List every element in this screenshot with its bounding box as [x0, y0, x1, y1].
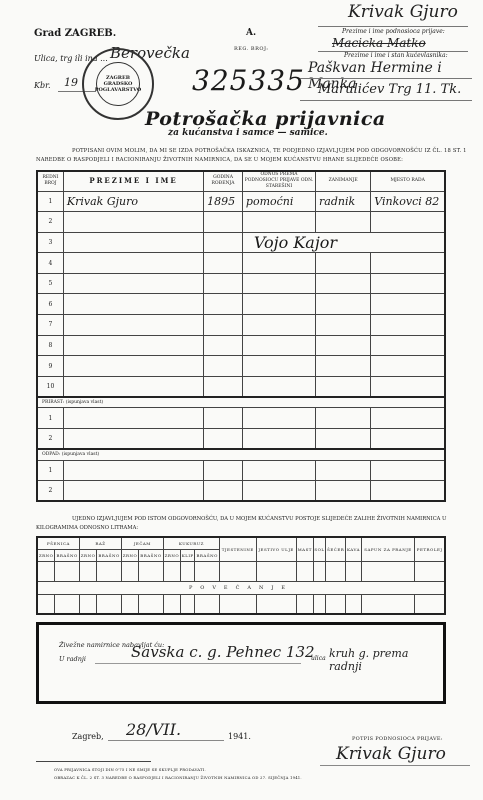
relation[interactable]	[242, 273, 315, 294]
col-tjestenine: TJESTENINE	[220, 537, 257, 561]
city-label: Grad ZAGREB.	[34, 28, 116, 39]
person-name[interactable]	[63, 356, 203, 377]
col-jestivo-ulje: JESTIVO ULJE	[256, 537, 296, 561]
povecanje-row: POVEĆANJE	[37, 581, 445, 594]
table-row: 6	[37, 294, 445, 315]
birth-year[interactable]	[204, 294, 243, 315]
workplace[interactable]	[371, 429, 445, 450]
row-number: 6	[37, 294, 63, 315]
person-name[interactable]	[63, 232, 203, 253]
row-number: 1	[37, 460, 63, 481]
signature-underline	[320, 765, 470, 766]
stock-cell[interactable]	[97, 561, 122, 581]
col-sol: SOL	[313, 537, 325, 561]
stock-cell[interactable]	[326, 594, 346, 614]
table-row: 7	[37, 315, 445, 336]
birth-year[interactable]	[204, 481, 243, 502]
stock-cell[interactable]	[346, 594, 362, 614]
row-number: 8	[37, 335, 63, 356]
supply-box: Živežne namirnice nabavljat ću: U radnji…	[36, 622, 446, 704]
landlord-label: Prezime i ime i stan kućevlasnika:	[344, 52, 448, 59]
workplace[interactable]	[371, 294, 445, 315]
occupation[interactable]	[316, 356, 371, 377]
birth-year[interactable]	[204, 356, 243, 377]
persons-table: REDNI BROJ PREZIME I IME GODINA ROĐENJA …	[36, 170, 446, 502]
stock-cell[interactable]	[195, 561, 220, 581]
stock-cell[interactable]	[220, 561, 257, 581]
birth-year[interactable]	[204, 232, 243, 253]
stock-cell[interactable]	[313, 561, 325, 581]
row-number: 2	[37, 481, 63, 502]
table-row: 10	[37, 376, 445, 397]
sub-zrno: ZRNO	[121, 549, 138, 561]
person-name[interactable]	[63, 273, 203, 294]
group-jecam: JEČAM	[121, 537, 163, 549]
sub-brasno: BRAŠNO	[139, 549, 164, 561]
col-sapun: SAPUN ZA PRANJE	[361, 537, 415, 561]
shop-street-label: ulica	[311, 655, 326, 662]
workplace[interactable]	[371, 460, 445, 481]
workplace[interactable]	[371, 408, 445, 429]
house-number-value: 19	[64, 76, 78, 89]
stock-cell[interactable]	[415, 594, 445, 614]
stock-cell[interactable]	[97, 594, 122, 614]
col-kava: KAVA	[346, 537, 362, 561]
sub-brasno: BRAŠNO	[97, 549, 122, 561]
shop-underline	[95, 663, 301, 664]
povecanje-label: POVEĆANJE	[37, 581, 445, 594]
table-row: 5	[37, 273, 445, 294]
stock-cell[interactable]	[256, 561, 296, 581]
stock-cell[interactable]	[326, 561, 346, 581]
reg-broj-label: REG. BROJ:	[234, 46, 268, 52]
shop-value[interactable]: Savska c. g. Pehnec 132	[131, 643, 315, 661]
occupation[interactable]	[316, 315, 371, 336]
relation[interactable]	[242, 315, 315, 336]
header-odnos: ODNOS PREMA PODNOSIOCU PRIJAVE ODN. STAR…	[242, 171, 315, 191]
row-number: 9	[37, 356, 63, 377]
landlord-underline-1	[300, 78, 472, 79]
stock-cell[interactable]	[139, 561, 164, 581]
shop-label: U radnji	[59, 655, 86, 663]
person-name[interactable]	[63, 294, 203, 315]
stock-table: PŠENICA RAŽ JEČAM KUKURUZ TJESTENINE JES…	[36, 536, 446, 615]
birth-year[interactable]	[204, 273, 243, 294]
occupation[interactable]: radnik	[316, 191, 371, 212]
relation[interactable]	[242, 253, 315, 274]
row-number: 1	[37, 408, 63, 429]
relation[interactable]	[242, 335, 315, 356]
birth-year[interactable]	[204, 460, 243, 481]
birth-year[interactable]	[204, 376, 243, 397]
sub-zrno: ZRNO	[163, 549, 180, 561]
stock-cell[interactable]	[121, 594, 138, 614]
occupation[interactable]	[316, 376, 371, 397]
header-prezime-ime: PREZIME I IME	[63, 171, 203, 191]
row-number: 2	[37, 429, 63, 450]
stock-cell[interactable]	[296, 594, 313, 614]
person-name[interactable]	[63, 408, 203, 429]
stock-cell[interactable]	[220, 594, 257, 614]
workplace[interactable]	[371, 335, 445, 356]
relation[interactable]	[242, 408, 315, 429]
prirast-section: PRIRAST: (ispunjava vlast)	[37, 397, 445, 408]
footnote-rule	[36, 761, 151, 762]
applicant-name-handwritten: Krivak Gjuro	[348, 2, 458, 22]
registration-number: 325335	[192, 64, 305, 97]
stock-cell[interactable]	[415, 561, 445, 581]
stamp-inner: ZAGREB GRADSKO POGLAVARSTVO	[96, 62, 140, 106]
group-kukuruz: KUKURUZ	[163, 537, 219, 549]
relation[interactable]	[242, 376, 315, 397]
sub-zrno: ZRNO	[79, 549, 96, 561]
prirast-label: PRIRAST: (ispunjava vlast)	[37, 397, 445, 408]
stock-cell[interactable]	[55, 561, 80, 581]
stock-cell[interactable]	[181, 594, 195, 614]
date-underline	[108, 740, 224, 741]
struck-name: Macicka Matko	[332, 36, 426, 50]
footnote-price: OVA PRIJAVNICA STOJI DIN 0'75 I NE SMIJE…	[54, 767, 206, 772]
workplace[interactable]: Vinkovci 82	[371, 191, 445, 212]
form-subtitle: za kućanstva i samce — samice.	[168, 128, 328, 138]
occupation[interactable]	[316, 408, 371, 429]
relation[interactable]	[242, 460, 315, 481]
relation[interactable]	[242, 356, 315, 377]
table-row: 2	[37, 212, 445, 233]
person-name[interactable]	[63, 315, 203, 336]
birth-year[interactable]: 1895	[204, 191, 243, 212]
stock-cell[interactable]	[79, 594, 96, 614]
birth-year[interactable]	[204, 253, 243, 274]
sub-zrno: ZRNO	[37, 549, 55, 561]
person-name[interactable]	[63, 335, 203, 356]
group-raz: RAŽ	[79, 537, 121, 549]
footnote-regulation: OBRAZAC K ČL. 2 ST. 3 NAREDBE O RASPODJE…	[54, 775, 302, 780]
form-title: Potrošačka prijavnica	[145, 108, 386, 130]
occupation[interactable]	[316, 335, 371, 356]
row-number: 3	[37, 232, 63, 253]
official-signature: Vojo Kajor	[242, 232, 445, 253]
workplace[interactable]	[371, 315, 445, 336]
year-label: 1941.	[228, 732, 251, 741]
table-row: 2	[37, 429, 445, 450]
header-mjesto-rada: MJESTO RADA	[371, 171, 445, 191]
stock-cell[interactable]	[55, 594, 80, 614]
odpad-label: ODPAD: (ispunjava vlast)	[37, 449, 445, 460]
official-stamp: ZAGREB GRADSKO POGLAVARSTVO	[82, 48, 154, 120]
row-number: 4	[37, 253, 63, 274]
signature-label: POTPIS PODNOSIOCA PRIJAVE:	[352, 736, 443, 742]
row-number: 1	[37, 191, 63, 212]
workplace[interactable]	[371, 253, 445, 274]
workplace[interactable]	[371, 212, 445, 233]
person-name[interactable]	[63, 253, 203, 274]
form-letter: A.	[246, 28, 256, 38]
birth-year[interactable]	[204, 429, 243, 450]
person-name[interactable]	[63, 376, 203, 397]
stock-cell[interactable]	[256, 594, 296, 614]
table-row: 1	[37, 408, 445, 429]
birth-year[interactable]	[204, 335, 243, 356]
persons-header-row: REDNI BROJ PREZIME I IME GODINA ROĐENJA …	[37, 171, 445, 191]
relation[interactable]	[242, 212, 315, 233]
header-redni-broj: REDNI BROJ	[37, 171, 63, 191]
odpad-section: ODPAD: (ispunjava vlast)	[37, 449, 445, 460]
row-number: 10	[37, 376, 63, 397]
occupation[interactable]	[316, 294, 371, 315]
stock-cell[interactable]	[139, 594, 164, 614]
table-row: 9	[37, 356, 445, 377]
person-name[interactable]	[63, 429, 203, 450]
occupation[interactable]	[316, 481, 371, 502]
person-name[interactable]	[63, 460, 203, 481]
stock-cell[interactable]	[346, 561, 362, 581]
table-row: 4	[37, 253, 445, 274]
stock-increase-row	[37, 594, 445, 614]
stock-values-row	[37, 561, 445, 581]
table-row: 3Vojo Kajor	[37, 232, 445, 253]
occupation[interactable]	[316, 460, 371, 481]
workplace[interactable]	[371, 356, 445, 377]
workplace[interactable]	[371, 481, 445, 502]
table-row: 1 Krivak Gjuro 1895 pomoćni radnik Vinko…	[37, 191, 445, 212]
stock-cell[interactable]	[181, 561, 195, 581]
occupation[interactable]	[316, 429, 371, 450]
col-secer: ŠEĆER	[326, 537, 346, 561]
relation[interactable]	[242, 294, 315, 315]
stock-group-row: PŠENICA RAŽ JEČAM KUKURUZ TJESTENINE JES…	[37, 537, 445, 549]
stock-cell[interactable]	[361, 561, 415, 581]
relation[interactable]: pomoćni	[242, 191, 315, 212]
occupation[interactable]	[316, 212, 371, 233]
col-petrolej: PETROLEJ	[415, 537, 445, 561]
sub-klip: KLIP	[181, 549, 195, 561]
date-value[interactable]: 28/VII.	[126, 720, 181, 739]
relation[interactable]	[242, 429, 315, 450]
person-name[interactable]	[63, 481, 203, 502]
workplace[interactable]	[371, 273, 445, 294]
row-number: 7	[37, 315, 63, 336]
stock-cell[interactable]	[361, 594, 415, 614]
stock-intro-paragraph: UJEDNO IZJAVLJUJEM POD ISTOM ODGOVORNOŠĆ…	[36, 515, 476, 533]
landlord-underline-2	[300, 100, 472, 101]
stock-cell[interactable]	[296, 561, 313, 581]
row-number: 2	[37, 212, 63, 233]
person-name[interactable]	[63, 212, 203, 233]
birth-year[interactable]	[204, 408, 243, 429]
sub-brasno: BRAŠNO	[55, 549, 80, 561]
intro-paragraph: POTPISANI OVIM MOLIM, DA MI SE IZDA POTR…	[36, 147, 476, 165]
applicant-name-label: Prezime i ime podnosioca prijave:	[342, 28, 445, 35]
sub-brasno: BRAŠNO	[195, 549, 220, 561]
occupation[interactable]	[316, 253, 371, 274]
stock-cell[interactable]	[313, 594, 325, 614]
birth-year[interactable]	[204, 212, 243, 233]
stock-cell[interactable]	[163, 594, 180, 614]
landlord-address: Marulićev Trg 11. Tk.	[318, 82, 461, 97]
stock-cell[interactable]	[37, 561, 55, 581]
stock-cell[interactable]	[163, 561, 180, 581]
house-number-label: Kbr.	[34, 81, 51, 90]
header-godina: GODINA ROĐENJA	[204, 171, 243, 191]
place-label: Zagreb,	[72, 732, 104, 741]
occupation[interactable]	[316, 273, 371, 294]
signature-value[interactable]: Krivak Gjuro	[336, 744, 446, 764]
stock-cell[interactable]	[37, 594, 55, 614]
workplace[interactable]	[371, 376, 445, 397]
row-number: 5	[37, 273, 63, 294]
shop-street-value[interactable]: kruh g. prema radnji	[329, 647, 443, 673]
table-row: 2	[37, 481, 445, 502]
person-name[interactable]: Krivak Gjuro	[63, 191, 203, 212]
stock-cell[interactable]	[79, 561, 96, 581]
table-row: 1	[37, 460, 445, 481]
group-psenica: PŠENICA	[37, 537, 79, 549]
table-row: 8	[37, 335, 445, 356]
birth-year[interactable]	[204, 315, 243, 336]
header-zanimanje: ZANIMANJE	[316, 171, 371, 191]
applicant-underline	[318, 26, 468, 27]
col-mast: MAST	[296, 537, 313, 561]
stock-cell[interactable]	[121, 561, 138, 581]
stock-cell[interactable]	[195, 594, 220, 614]
relation[interactable]	[242, 481, 315, 502]
